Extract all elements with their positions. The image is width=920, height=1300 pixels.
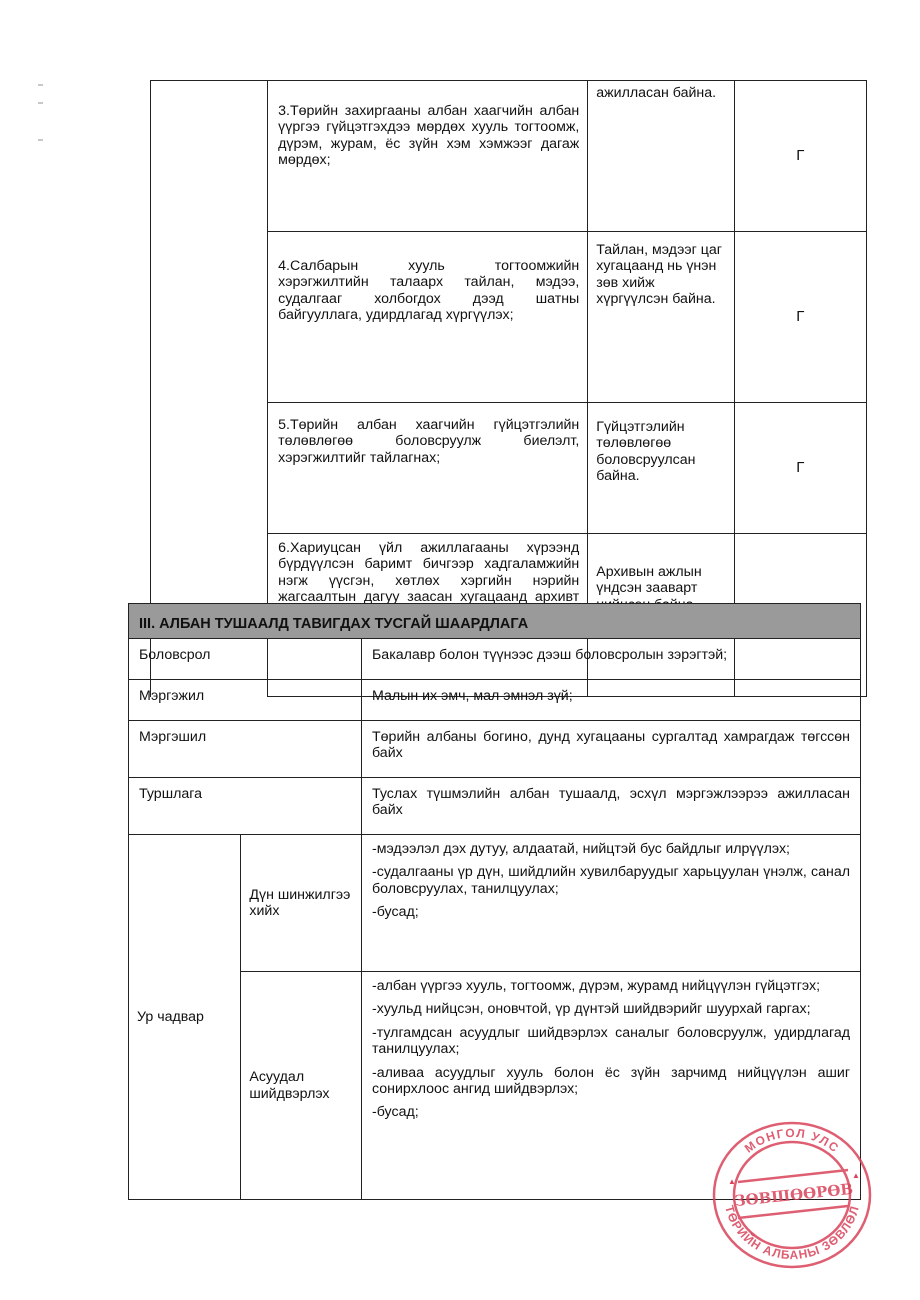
svg-text:ТӨРИЙН АЛБАНЫ ЗӨВЛӨЛ: ТӨРИЙН АЛБАНЫ ЗӨВЛӨЛ bbox=[722, 1204, 862, 1262]
requirement-label: Боловсрол bbox=[129, 639, 362, 680]
skill-item: -албан үүргээ хууль, тогтоомж, дүрэм, жу… bbox=[372, 978, 850, 994]
skills-label: Ур чадвар bbox=[129, 835, 241, 1200]
duty-result: Гүйцэтгэлийн төлөвлөгөө боловсруулсан ба… bbox=[588, 403, 734, 534]
skill-group-items: -мэдээлэл дэх дутуу, алдаатай, нийцтэй б… bbox=[362, 835, 861, 972]
skill-group-name: Дүн шинжилгээ хийх bbox=[241, 835, 362, 972]
skill-item: -тулгамдсан асуудлыг шийдвэрлэх саналыг … bbox=[372, 1025, 850, 1058]
skill-group-items: -албан үүргээ хууль, тогтоомж, дүрэм, жу… bbox=[362, 972, 861, 1200]
requirement-value: Туслах түшмэлийн албан тушаалд, эсхүл мэ… bbox=[362, 778, 861, 835]
requirement-label: Мэргэжил bbox=[129, 680, 362, 721]
table-row: Мэргэжил Малын их эмч, мал эмнэл зүй; bbox=[129, 680, 861, 721]
skill-item: -мэдээлэл дэх дутуу, алдаатай, нийцтэй б… bbox=[372, 841, 850, 857]
duty-grade: Г bbox=[734, 232, 866, 403]
stamp-ring-bottom: ТӨРИЙН АЛБАНЫ ЗӨВЛӨЛ bbox=[722, 1204, 862, 1262]
duty-task: 3.Төрийн захиргааны албан хаагчийн албан… bbox=[268, 81, 588, 232]
duty-result: ажилласан байна. bbox=[588, 81, 734, 232]
table-row: Мэргэшил Төрийн албаны богино, дунд хуга… bbox=[129, 721, 861, 778]
section-header-row: III. АЛБАН ТУШААЛД ТАВИГДАХ ТУСГАЙ ШААРД… bbox=[129, 604, 861, 639]
skill-item: -хуульд нийцсэн, оновчтой, үр дүнтэй ший… bbox=[372, 1001, 850, 1017]
skill-group-name: Асуудал шийдвэрлэх bbox=[241, 972, 362, 1200]
requirement-value: Малын их эмч, мал эмнэл зүй; bbox=[362, 680, 861, 721]
requirement-value: Бакалавр болон түүнээс дээш боловсролын … bbox=[362, 639, 861, 680]
scan-artifact bbox=[38, 102, 43, 104]
scan-artifact bbox=[38, 84, 43, 86]
skill-item: -аливаа асуудлыг хууль болон ёс зүйн зар… bbox=[372, 1065, 850, 1098]
duty-task: 5.Төрийн албан хаагчийн гүйцэтгэлийн төл… bbox=[268, 403, 588, 534]
section-title: III. АЛБАН ТУШААЛД ТАВИГДАХ ТУСГАЙ ШААРД… bbox=[129, 604, 861, 639]
requirement-value: Төрийн албаны богино, дунд хугацааны сур… bbox=[362, 721, 861, 778]
duty-grade: Г bbox=[734, 81, 866, 232]
duty-grade: Г bbox=[734, 403, 866, 534]
duty-task: 4.Салбарын хууль тогтоомжийн хэрэгжилтий… bbox=[268, 232, 588, 403]
skill-item: -бусад; bbox=[372, 1104, 850, 1120]
duty-result: Тайлан, мэдээг цаг хугацаанд нь үнэн зөв… bbox=[588, 232, 734, 403]
skill-item: -бусад; bbox=[372, 904, 850, 920]
table-row: 3.Төрийн захиргааны албан хаагчийн албан… bbox=[151, 81, 867, 232]
skill-item: -судалгааны үр дүн, шийдлийн хувилбарууд… bbox=[372, 864, 850, 897]
requirements-table: III. АЛБАН ТУШААЛД ТАВИГДАХ ТУСГАЙ ШААРД… bbox=[128, 603, 861, 1200]
document-page: 3.Төрийн захиргааны албан хаагчийн албан… bbox=[0, 0, 920, 1300]
scan-artifact bbox=[38, 139, 43, 141]
requirement-label: Туршлага bbox=[129, 778, 362, 835]
requirement-label: Мэргэшил bbox=[129, 721, 362, 778]
table-row: Туршлага Туслах түшмэлийн албан тушаалд,… bbox=[129, 778, 861, 835]
table-row: Ур чадвар Дүн шинжилгээ хийх -мэдээлэл д… bbox=[129, 835, 861, 972]
table-row: Боловсрол Бакалавр болон түүнээс дээш бо… bbox=[129, 639, 861, 680]
